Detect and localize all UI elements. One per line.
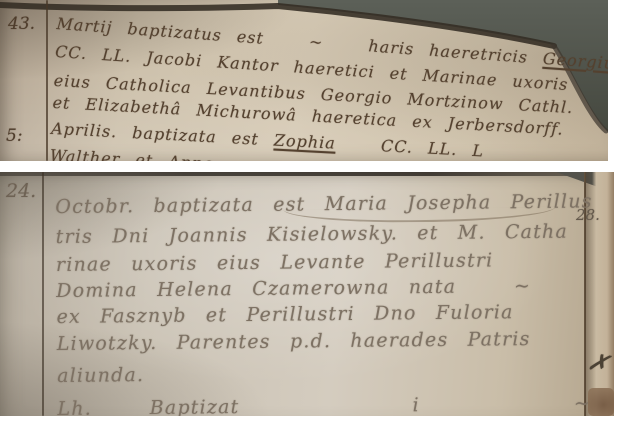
register-line: rinae uxoris eius Levante Perillustri (56, 249, 494, 276)
page-top-edge (0, 172, 614, 176)
register-line: ex Fasznyb et Perillustri Dno Fuloria (56, 301, 513, 328)
photo-collage: 43. 5: Martij baptizatus est ~ haris hae… (0, 0, 620, 442)
register-line: Lh. Baptizat i ~ i i (57, 391, 614, 416)
bottom-photo-fragment: 24. 28. ✗ Octobr. baptizata est Maria Jo… (0, 172, 614, 416)
margin-rule (46, 0, 48, 161)
register-line: Domina Helena Czamerowna nata ~ (56, 275, 531, 302)
entry-number: 5: (6, 126, 23, 146)
margin-rule (42, 172, 44, 416)
register-line: aliunda. (57, 364, 144, 387)
underlined-name: Zophia (273, 131, 336, 153)
register-line: Liwotzky. Parentes p.d. haerades Patris (57, 328, 531, 355)
register-line: tris Dni Joannis Kisielowsky. et M. Cath… (56, 221, 568, 248)
top-photo-fragment: 43. 5: Martij baptizatus est ~ haris hae… (0, 0, 608, 161)
page-number: 28. (576, 206, 600, 224)
entry-number: 43. (8, 14, 35, 34)
line-text: Octobr. baptizata est (55, 193, 325, 218)
entry-number: 24. (6, 180, 36, 202)
